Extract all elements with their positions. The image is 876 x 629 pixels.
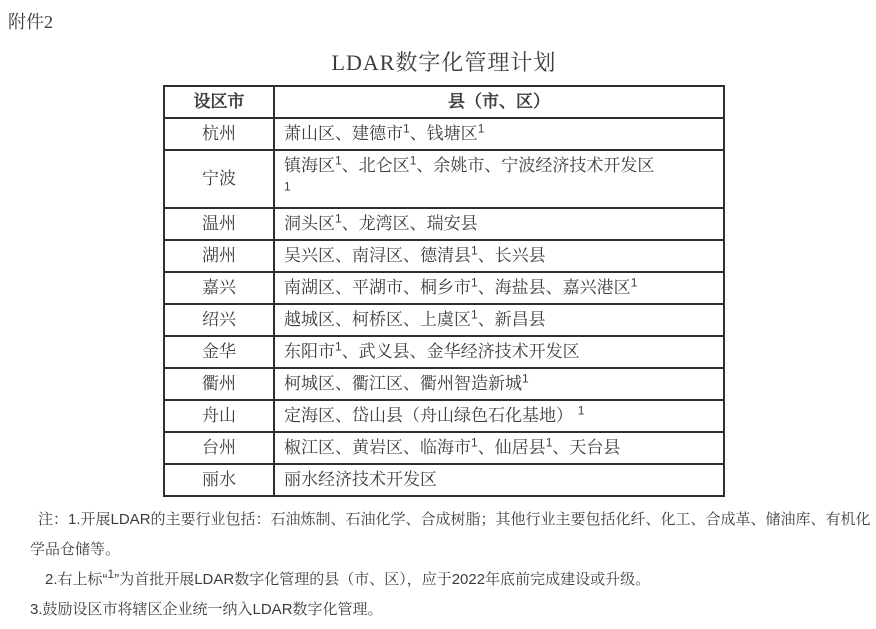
table-header-city: 设区市 bbox=[164, 86, 274, 118]
table-row: 杭州 萧山区、建德市1、钱塘区1 bbox=[164, 118, 724, 150]
superscript-marker: 1 bbox=[631, 275, 638, 289]
city-cell: 台州 bbox=[164, 432, 274, 464]
attachment-label: 附件2 bbox=[0, 0, 876, 34]
table-row: 嘉兴 南湖区、平湖市、桐乡市1、海盐县、嘉兴港区1 bbox=[164, 272, 724, 304]
table-row: 绍兴 越城区、柯桥区、上虞区1、新昌县 bbox=[164, 304, 724, 336]
table-row: 温州 洞头区1、龙湾区、瑞安县 bbox=[164, 208, 724, 240]
page-title: LDAR数字化管理计划 bbox=[163, 46, 725, 77]
superscript-marker: 1 bbox=[403, 121, 410, 135]
counties-cell: 南湖区、平湖市、桐乡市1、海盐县、嘉兴港区1 bbox=[274, 272, 724, 304]
superscript-marker: 1 bbox=[410, 153, 417, 167]
counties-cell: 柯城区、衢江区、衢州智造新城1 bbox=[274, 368, 724, 400]
document-page: 附件2 LDAR数字化管理计划 设区市 县（市、区） 杭州 萧山区、建德市1、钱… bbox=[0, 0, 876, 629]
superscript-marker: 1 bbox=[471, 435, 478, 449]
superscript-marker: 1 bbox=[546, 435, 553, 449]
counties-cell: 洞头区1、龙湾区、瑞安县 bbox=[274, 208, 724, 240]
table-row: 湖州 吴兴区、南浔区、德清县1、长兴县 bbox=[164, 240, 724, 272]
superscript-marker: 1 bbox=[478, 121, 485, 135]
superscript-marker: 1 bbox=[335, 339, 342, 353]
superscript-marker: 1 bbox=[471, 243, 478, 257]
table-header-row: 设区市 县（市、区） bbox=[164, 86, 724, 118]
counties-cell: 椒江区、黄岩区、临海市1、仙居县1、天台县 bbox=[274, 432, 724, 464]
counties-cell: 镇海区1、北仑区1、余姚市、宁波经济技术开发区1 bbox=[274, 150, 724, 208]
note-line: 3.鼓励设区市将辖区企业统一纳入LDAR数字化管理。 bbox=[30, 595, 872, 625]
notes-section: 注：1.开展LDAR的主要行业包括：石油炼制、石油化学、合成树脂；其他行业主要包… bbox=[30, 505, 872, 625]
table-row: 衢州 柯城区、衢江区、衢州智造新城1 bbox=[164, 368, 724, 400]
table-row: 台州 椒江区、黄岩区、临海市1、仙居县1、天台县 bbox=[164, 432, 724, 464]
superscript-marker: 1 bbox=[335, 211, 342, 225]
superscript-marker: 1 bbox=[578, 403, 585, 417]
counties-cell: 东阳市1、武义县、金华经济技术开发区 bbox=[274, 336, 724, 368]
table-row: 丽水 丽水经济技术开发区 bbox=[164, 464, 724, 496]
superscript-marker: 1 bbox=[108, 567, 115, 581]
superscript-marker: 1 bbox=[335, 153, 342, 167]
superscript-marker: 1 bbox=[284, 179, 291, 193]
city-cell: 湖州 bbox=[164, 240, 274, 272]
city-cell: 宁波 bbox=[164, 150, 274, 208]
table-row: 宁波 镇海区1、北仑区1、余姚市、宁波经济技术开发区1 bbox=[164, 150, 724, 208]
ldar-plan-table: 设区市 县（市、区） 杭州 萧山区、建德市1、钱塘区1 宁波 镇海区1、北仑区1… bbox=[163, 85, 725, 497]
city-cell: 金华 bbox=[164, 336, 274, 368]
city-cell: 温州 bbox=[164, 208, 274, 240]
superscript-marker: 1 bbox=[471, 307, 478, 321]
table-row: 金华 东阳市1、武义县、金华经济技术开发区 bbox=[164, 336, 724, 368]
city-cell: 丽水 bbox=[164, 464, 274, 496]
counties-cell: 越城区、柯桥区、上虞区1、新昌县 bbox=[274, 304, 724, 336]
city-cell: 衢州 bbox=[164, 368, 274, 400]
city-cell: 绍兴 bbox=[164, 304, 274, 336]
counties-cell: 萧山区、建德市1、钱塘区1 bbox=[274, 118, 724, 150]
city-cell: 舟山 bbox=[164, 400, 274, 432]
superscript-marker: 1 bbox=[522, 371, 529, 385]
counties-cell: 定海区、岱山县（舟山绿色石化基地） 1 bbox=[274, 400, 724, 432]
superscript-marker: 1 bbox=[471, 275, 478, 289]
table-header-counties: 县（市、区） bbox=[274, 86, 724, 118]
city-cell: 杭州 bbox=[164, 118, 274, 150]
city-cell: 嘉兴 bbox=[164, 272, 274, 304]
counties-cell: 吴兴区、南浔区、德清县1、长兴县 bbox=[274, 240, 724, 272]
counties-cell: 丽水经济技术开发区 bbox=[274, 464, 724, 496]
table-row: 舟山 定海区、岱山县（舟山绿色石化基地） 1 bbox=[164, 400, 724, 432]
note-line: 注：1.开展LDAR的主要行业包括：石油炼制、石油化学、合成树脂；其他行业主要包… bbox=[30, 505, 872, 565]
note-line: 2.右上标“1”为首批开展LDAR数字化管理的县（市、区），应于2022年底前完… bbox=[30, 565, 872, 595]
